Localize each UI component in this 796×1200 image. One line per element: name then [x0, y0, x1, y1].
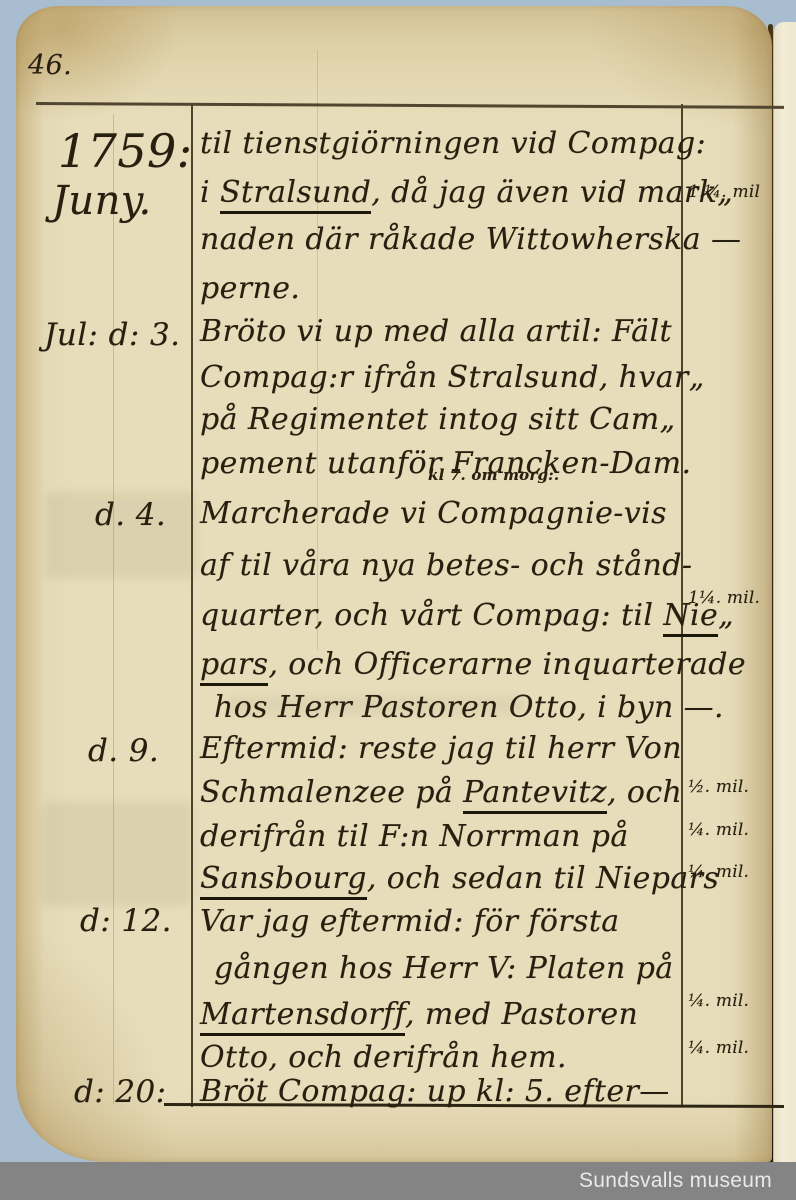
distance-note: ½. mil. [688, 777, 749, 797]
footer-bar: Sundsvalls museum [0, 1162, 796, 1200]
date-month: Juny. [52, 178, 152, 224]
entry-line: af til våra nya betes- och stånd- [200, 548, 682, 583]
entry-line: Martensdorff, med Pastoren [200, 997, 682, 1032]
entry-line: derifrån til F:n Norrman på [200, 819, 682, 854]
entry-line: naden där råkade Wittowherska — [200, 222, 682, 257]
entry-line: hos Herr Pastoren Otto, i byn —. [214, 690, 696, 725]
entry-line: Var jag eftermid: för första [200, 904, 682, 939]
page-number: 46. [28, 50, 72, 81]
entry-line: gången hos Herr V: Platen på [214, 951, 696, 986]
date-column-divider [191, 103, 193, 1107]
entry-line: Bröt Compag: up kl: 5. efter— [200, 1074, 682, 1109]
entry-line: Sansbourg, och sedan til Niepars [200, 861, 682, 896]
entry-line: Eftermid: reste jag til herr Von [200, 731, 682, 766]
date-label: d. 9. [88, 733, 159, 769]
entry-line: Bröto vi up med alla artil: Fält [200, 314, 682, 349]
date-label: Jul: d: 3. [44, 317, 180, 353]
distance-note: 1.¼. mil [688, 182, 760, 202]
date-year: 1759: [58, 124, 193, 178]
entry-line: pars, och Officerarne inquarterade [200, 647, 682, 682]
distance-note: 1¼. mil. [688, 588, 760, 608]
date-label: d: 20: [74, 1074, 166, 1110]
entry-line: Marcherade vi Compagnie-vis [200, 496, 682, 531]
distance-note: ¼. mil. [688, 991, 749, 1011]
entry-line: perne. [200, 271, 682, 306]
ink-showthrough [42, 802, 192, 906]
distance-note: ¼. mil. [688, 862, 749, 882]
time-annotation: kl 7. om morg:. [428, 466, 559, 484]
entry-line: Schmalenzee på Pantevitz, och [200, 775, 682, 810]
museum-credit: Sundsvalls museum [579, 1169, 772, 1193]
entry-line: Compag:r ifrån Stralsund, hvar„ [200, 360, 682, 395]
date-label: d. 4. [95, 497, 166, 533]
distance-note: ¼. mil. [688, 1038, 749, 1058]
entry-line: til tienstgiörningen vid Compag: [200, 126, 682, 161]
next-page-edge [774, 22, 796, 1162]
entry-line: i Stralsund, då jag även vid mark„ [200, 175, 682, 210]
paper-crease [113, 114, 114, 1104]
entry-line: Otto, och derifrån hem. [200, 1040, 682, 1075]
entry-line: på Regimentet intog sitt Cam„ [200, 402, 682, 437]
distance-note: ¼. mil. [688, 820, 749, 840]
entry-line: quarter, och vårt Compag: til Nie„ [200, 598, 682, 633]
manuscript-photo: 46. 1759: Juny. Jul: d: 3. d. 4. d. 9. d… [0, 0, 796, 1200]
date-label: d: 12. [80, 903, 172, 939]
